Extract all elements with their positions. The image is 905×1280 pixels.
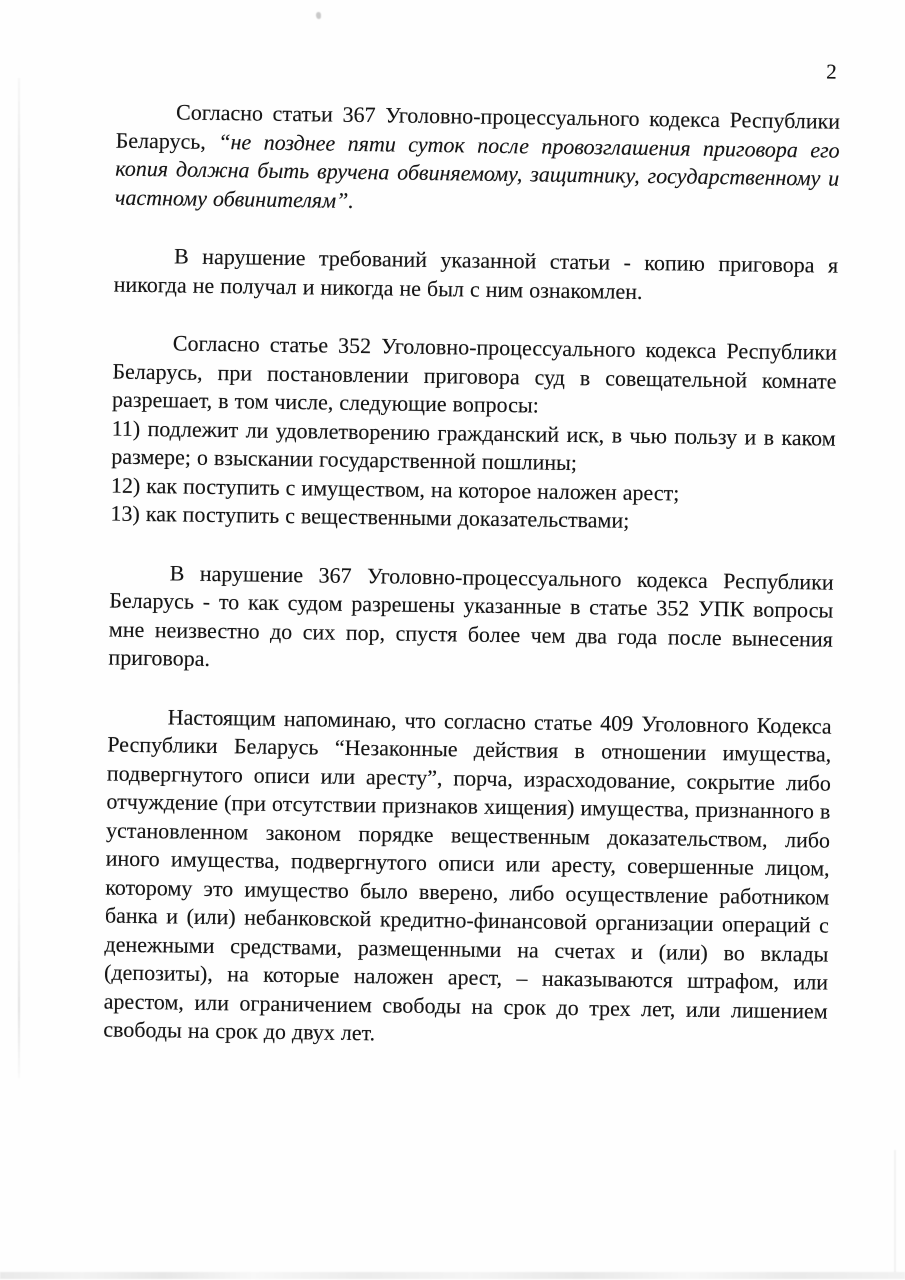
quoted-italic-text: “не позднее пяти суток после провозглаше… [115, 129, 840, 213]
scan-speck-artifact [316, 12, 321, 19]
list-item-11: 11) подлежит ли удовлетворению гражданск… [111, 414, 836, 481]
document-page: 2 Согласно статьи 367 Уголовно-процессуа… [0, 0, 905, 1280]
text-run: Согласно статье 352 Уголовно-процессуаль… [112, 330, 837, 417]
paragraph-article-409: Настоящим напоминаю, что согласно статье… [103, 702, 832, 1054]
text-run: Настоящим напоминаю, что согласно статье… [103, 704, 832, 1045]
paragraph-article-352: Согласно статье 352 Уголовно-процессуаль… [112, 329, 837, 425]
paragraph-article-367: Согласно статьи 367 Уголовно-процессуаль… [115, 98, 841, 222]
scanned-text-block: 2 Согласно статьи 367 Уголовно-процессуа… [103, 50, 841, 1055]
paragraph-violation-367-questions: В нарушение 367 Уголовно-процессуального… [108, 558, 834, 682]
paragraph-violation-no-copy: В нарушение требований указанной статьи … [114, 242, 839, 309]
document-body: Согласно статьи 367 Уголовно-процессуаль… [103, 98, 840, 1055]
text-run: 13) как поступить с вещественными доказа… [110, 501, 629, 533]
text-run: В нарушение 367 Уголовно-процессуального… [108, 560, 833, 671]
scan-edge-artifact-left [18, 78, 20, 1078]
text-run: 11) подлежит ли удовлетворению гражданск… [111, 415, 836, 475]
scan-edge-artifact-right [894, 1150, 896, 1278]
page-number: 2 [117, 50, 841, 84]
scan-edge-artifact-bottom [0, 1272, 905, 1279]
text-run: В нарушение требований указанной статьи … [114, 243, 839, 303]
